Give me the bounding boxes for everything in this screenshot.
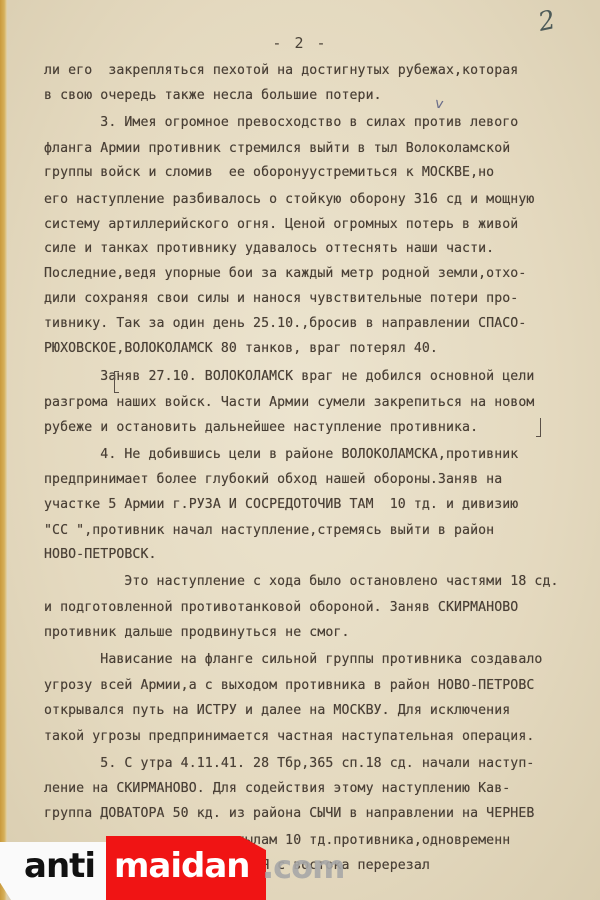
document-line: 3. Имея огромное превосходство в силах п… <box>44 115 518 130</box>
document-line: 5. С утра 4.11.41. 28 Тбр,365 сп.18 сд. … <box>44 756 534 771</box>
document-line: его наступление разбивалось о стойкую об… <box>44 192 534 207</box>
bracket-open-mark <box>114 371 119 393</box>
document-line: противник дальше продвинуться не смог. <box>44 625 350 640</box>
document-line: группа ДОВАТОРА 50 кд. из района СЫЧИ в … <box>44 806 534 821</box>
document-line: Это наступление с хода было остановлено … <box>44 574 559 589</box>
document-line: дили сохраняя свои силы и нанося чувстви… <box>44 291 518 306</box>
document-line: Нависание на фланге сильной группы проти… <box>44 652 542 667</box>
document-line: РЮХОВСКОЕ,ВОЛОКОЛАМСК 80 танков, враг по… <box>44 341 438 356</box>
bracket-close-mark <box>536 418 541 437</box>
document-line: систему артиллерийского огня. Ценой огро… <box>44 217 518 232</box>
document-line: такой угрозы предпринимается частная нас… <box>44 729 534 744</box>
document-line: 4. Не добившись цели в районе ВОЛОКОЛАМС… <box>44 447 518 462</box>
document-line: ли его закрепляться пехотой на достигнут… <box>44 63 518 78</box>
check-mark-icon: v <box>434 95 445 112</box>
document-line: тивнику. Так за один день 25.10.,бросив … <box>44 316 526 331</box>
document-line: фланга Армии противник стремился выйти в… <box>44 141 510 156</box>
document-line: "СС ",противник начал наступление,стремя… <box>44 523 494 538</box>
document-line: НОВО-ПЕТРОВСК. <box>44 547 157 562</box>
watermark-dash <box>106 870 114 874</box>
document-line: группы войск и сломив ее оборонуустремит… <box>44 165 494 180</box>
document-line: и подготовленной противотанковой обороно… <box>44 600 518 615</box>
page-number: - 2 - <box>0 34 600 52</box>
document-line: ление на СКИРМАНОВО. Для содействия этом… <box>44 781 510 796</box>
document-line: в свою очередь также несла большие потер… <box>44 88 382 103</box>
document-line: предпринимает более глубокий обход нашей… <box>44 472 502 487</box>
watermark-logo: anti maidan .com <box>0 836 310 900</box>
watermark-text-com: .com <box>262 848 344 886</box>
document-line: участке 5 Армии г.РУЗА И СОСРЕДОТОЧИВ ТА… <box>44 497 518 512</box>
document-line: угрозу всей Армии,а с выходом противника… <box>44 678 534 693</box>
watermark-text-maidan: maidan <box>114 846 250 886</box>
document-line: разгрома наших войск. Части Армии сумели… <box>44 395 534 410</box>
document-line: силе и танках противнику удавалось оттес… <box>44 241 494 256</box>
document-line: рубеже и остановить дальнейшее наступлен… <box>44 420 478 435</box>
document-page: 2 - 2 - ли его закрепляться пехотой на д… <box>0 0 600 900</box>
document-line: Последние,ведя упорные бои за каждый мет… <box>44 266 526 281</box>
handwritten-folio-number: 2 <box>536 0 581 34</box>
document-line: открывался путь на ИСТРУ и далее на МОСК… <box>44 703 510 718</box>
binding-edge <box>0 0 7 900</box>
watermark-text-anti: anti <box>24 846 95 886</box>
